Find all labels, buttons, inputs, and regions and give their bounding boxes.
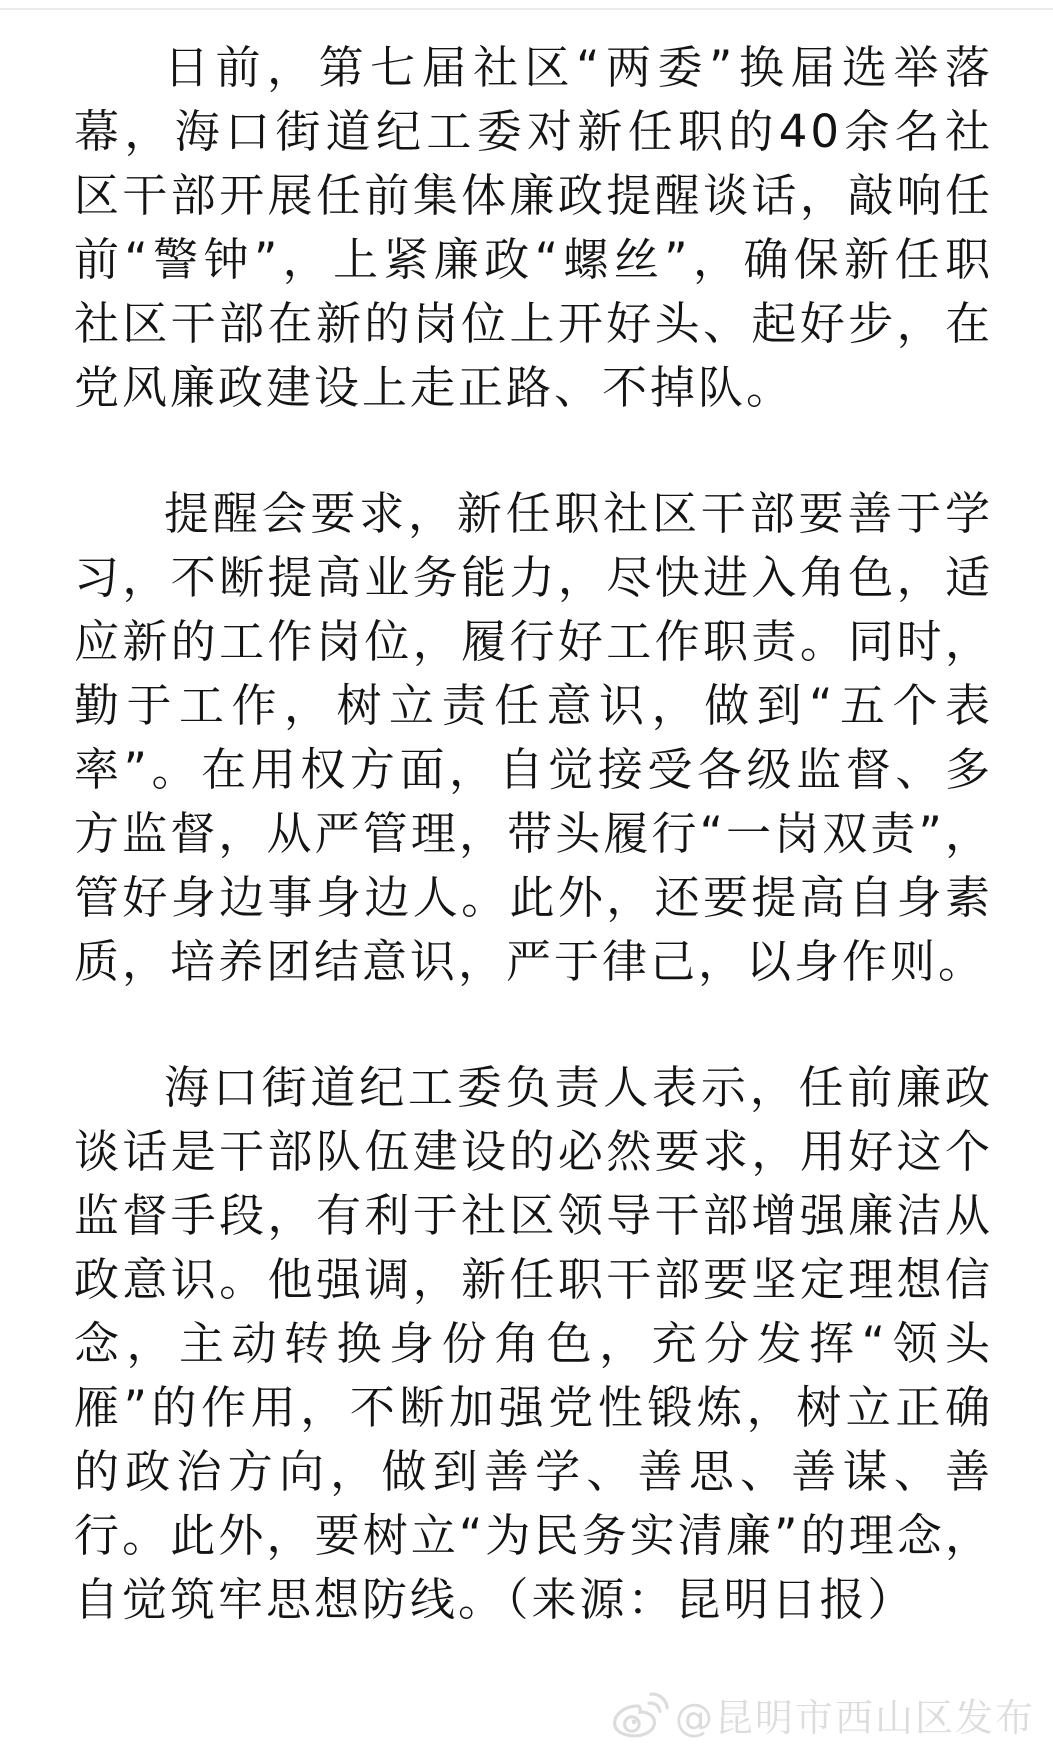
- paragraph-3: 海口街道纪工委负责人表示，任前廉政谈话是干部队伍建设的必然要求，用好这个监督手段…: [74, 1056, 993, 1632]
- top-divider-line: [0, 8, 1053, 10]
- paragraph-1: 日前，第七届社区“两委”换届选举落幕，海口街道纪工委对新任职的40余名社区干部开…: [74, 36, 993, 420]
- document-page: { "document": { "paragraphs": [ "日前，第七届社…: [0, 0, 1053, 1758]
- paragraph-2: 提醒会要求，新任职社区干部要善于学习，不断提高业务能力，尽快进入角色，适应新的工…: [74, 482, 993, 994]
- watermark-handle: @昆明市西山区发布: [675, 1687, 1035, 1742]
- weibo-logo-icon: [611, 1691, 669, 1739]
- watermark: @昆明市西山区发布: [611, 1687, 1035, 1742]
- article-body: 日前，第七届社区“两委”换届选举落幕，海口街道纪工委对新任职的40余名社区干部开…: [74, 36, 993, 1632]
